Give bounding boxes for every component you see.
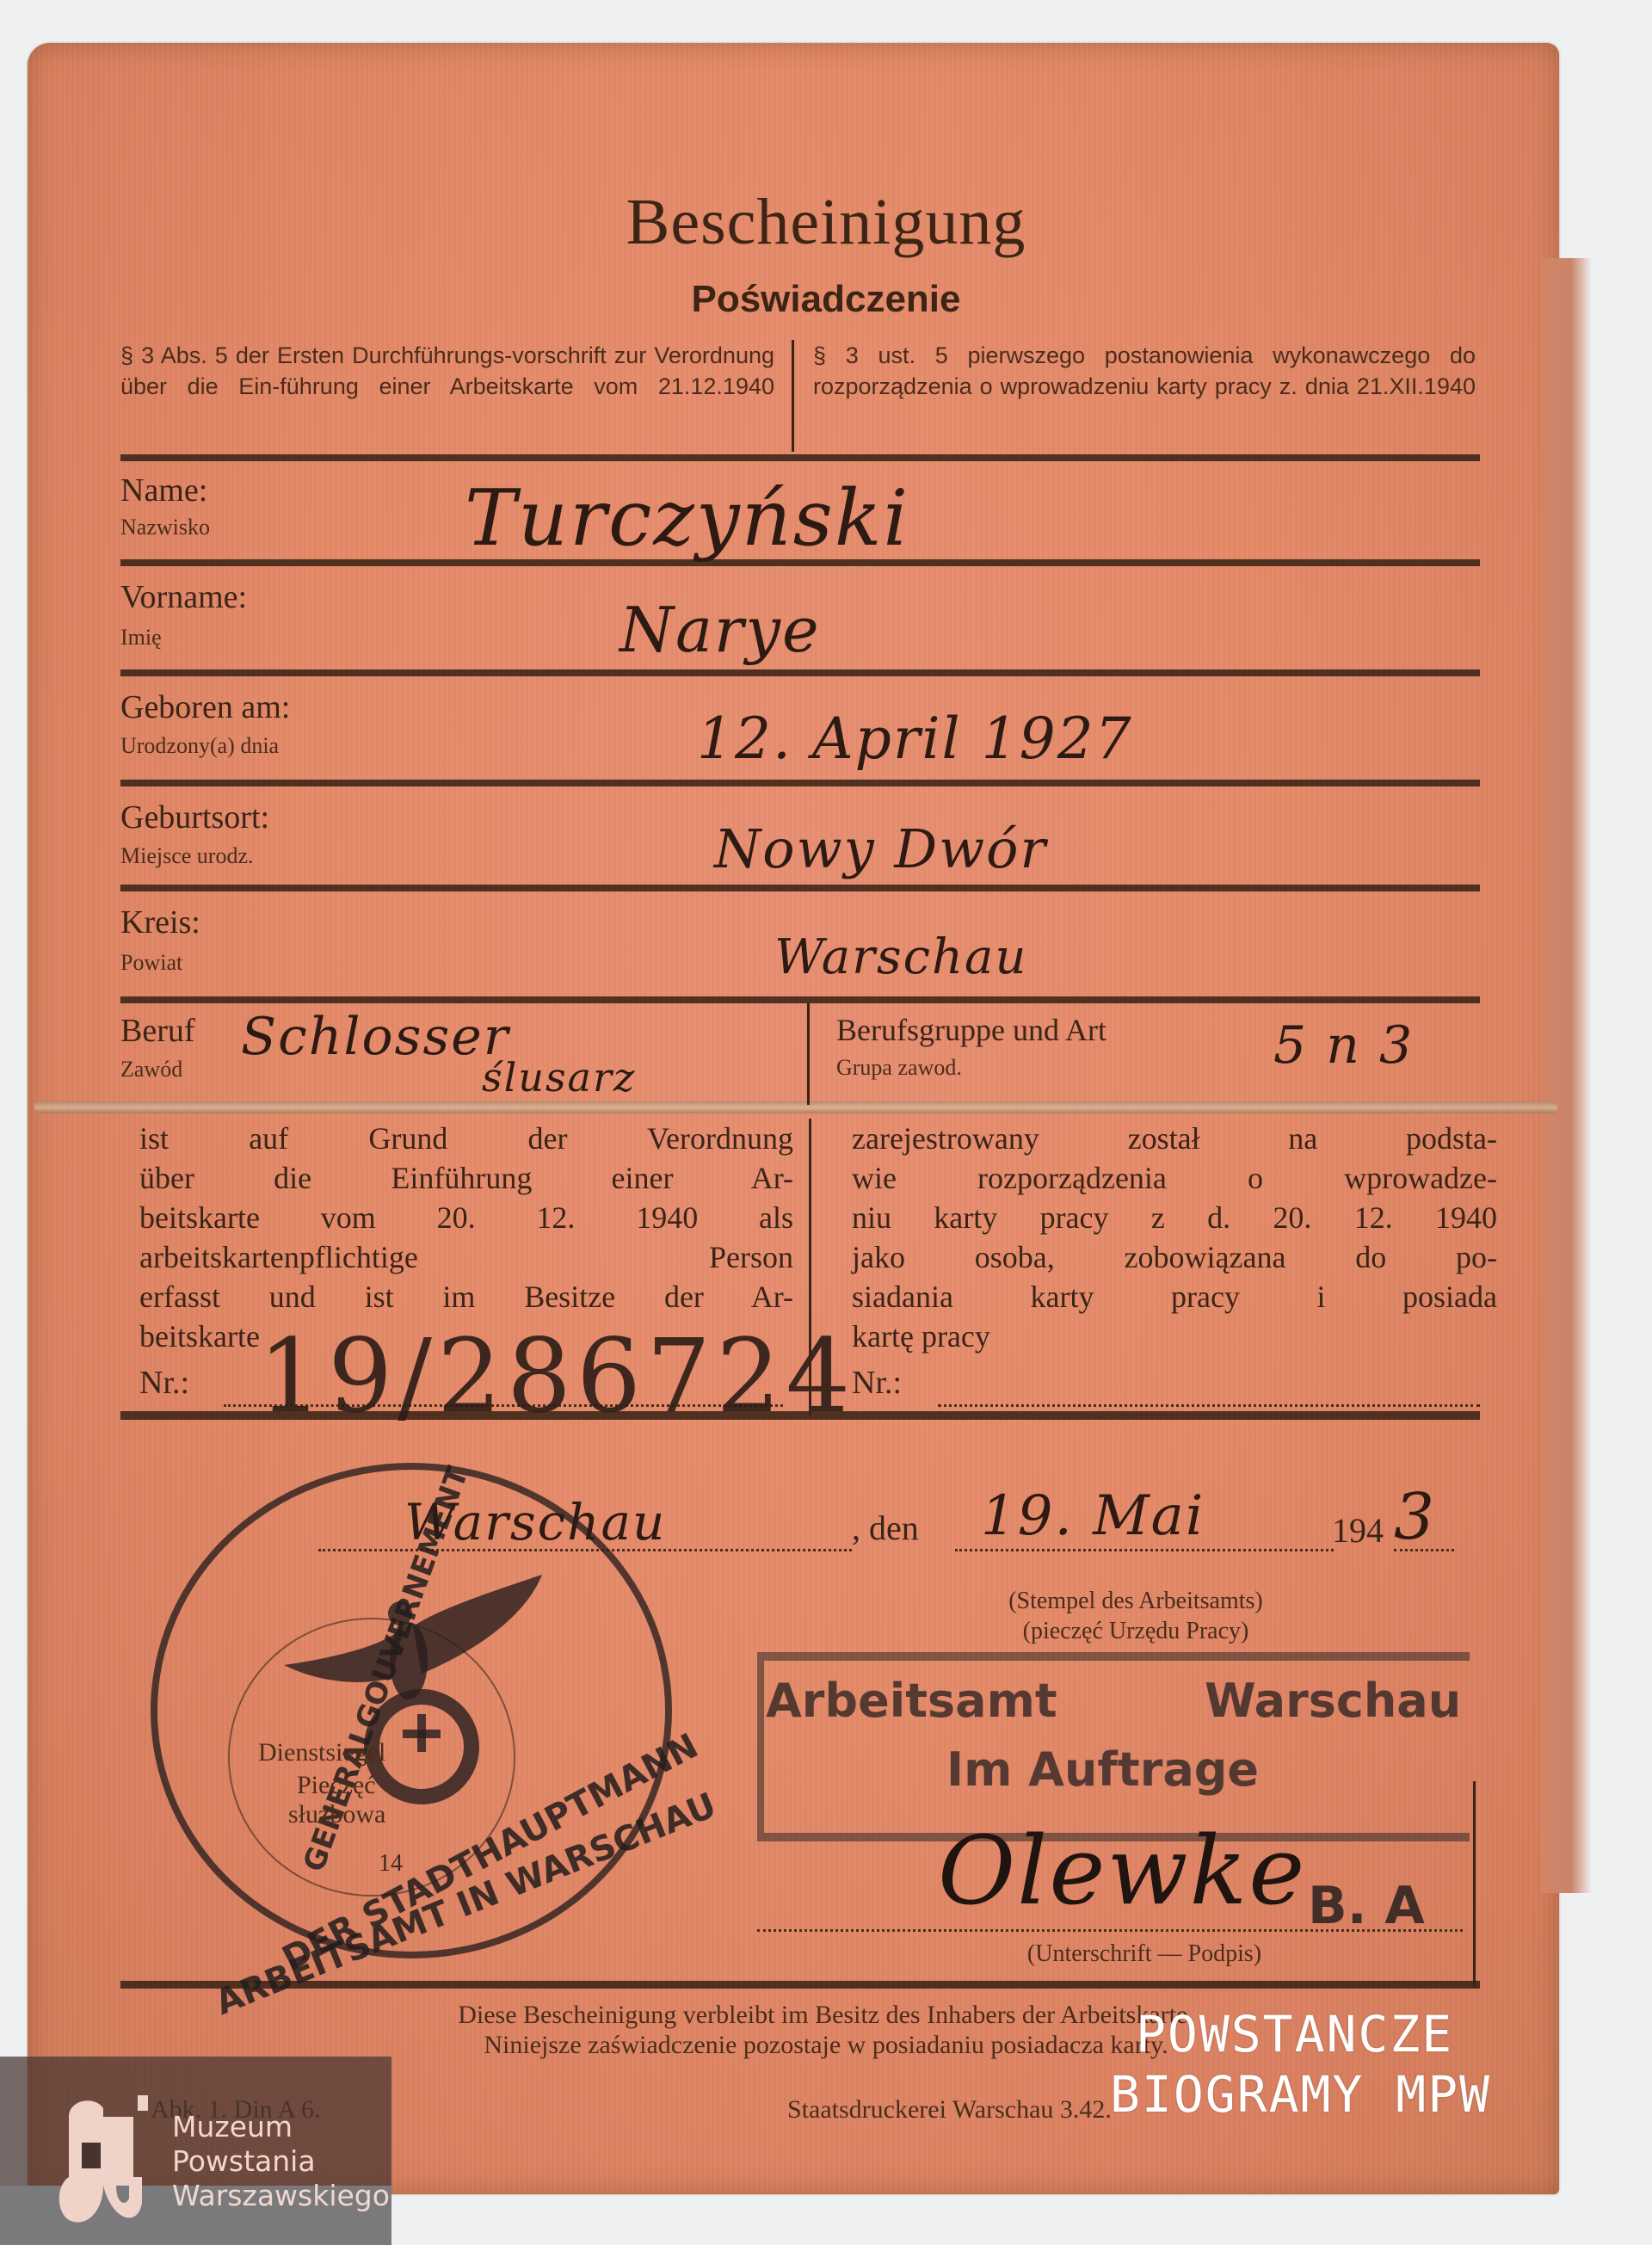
- stamp-inner-text-3: służbowa: [288, 1800, 385, 1829]
- museum-name-1: Muzeum: [172, 2110, 293, 2144]
- stamp-caption-de: (Stempel des Arbeitsamts): [895, 1588, 1377, 1615]
- declaration-de-line: beitskarte vom 20. 12. 1940 als: [139, 1198, 793, 1237]
- nr-dotted-line-pl: [938, 1404, 1480, 1407]
- vorname-label-pl: Imię: [120, 625, 162, 651]
- declaration-pl-line: wie rozporządzenia o wprowadze-: [852, 1158, 1497, 1198]
- beruf-label: Beruf: [120, 1012, 195, 1050]
- declaration-de-line: ist auf Grund der Verordnung: [139, 1119, 793, 1158]
- geboren-label: Geboren am:: [120, 688, 290, 726]
- watermark-line2: BIOGRAMY MPW: [1110, 2065, 1491, 2124]
- stamp-number: 14: [379, 1850, 403, 1878]
- legal-reference-pl: § 3 ust. 5 pierwszego postanowienia wyko…: [813, 340, 1476, 402]
- vorname-value: Narye: [619, 594, 821, 666]
- issue-date: 19. Mai: [981, 1484, 1205, 1548]
- berufsgruppe-label-pl: Grupa zawod.: [836, 1055, 962, 1081]
- printer-imprint: Staatsdruckerei Warschau 3.42.: [787, 2095, 1112, 2125]
- stamp-caption-pl: (pieczęć Urzędu Pracy): [895, 1618, 1377, 1645]
- beruf-value: Schlosser: [241, 1007, 509, 1067]
- box-stamp-line2: Im Auftrage: [946, 1742, 1259, 1797]
- box-stamp-line1-left: Arbeitsamt: [766, 1674, 1057, 1728]
- name-label-pl: Nazwisko: [120, 515, 210, 540]
- signature-divider: [1473, 1781, 1476, 1988]
- kreis-label: Kreis:: [120, 904, 200, 941]
- stamp-inner-text-2: Pieczęć: [297, 1771, 376, 1800]
- name-value: Turczyński: [465, 473, 909, 564]
- box-stamp-line1-right: Warschau: [1205, 1674, 1461, 1728]
- date-dotted-line: [955, 1549, 1334, 1551]
- geboren-value: 12. April 1927: [697, 706, 1133, 772]
- berufsgruppe-label: Berufsgruppe und Art: [836, 1012, 1106, 1048]
- declaration-pl-line: zarejestrowany został na podsta-: [852, 1119, 1497, 1158]
- museum-name-3: Warszawskiego: [172, 2179, 390, 2213]
- beruf-label-pl: Zawód: [120, 1057, 182, 1082]
- year-suffix: 3: [1394, 1480, 1436, 1554]
- signature-caption: (Unterschrift — Podpis): [946, 1940, 1342, 1968]
- rule: [120, 669, 1480, 676]
- rule: [120, 780, 1480, 786]
- rule: [120, 996, 1480, 1003]
- declaration-de-line: erfasst und ist im Besitze der Ar-: [139, 1277, 793, 1317]
- geboren-label-pl: Urodzony(a) dnia: [120, 733, 279, 759]
- name-label: Name:: [120, 472, 207, 509]
- document-subtitle: Poświadczenie: [0, 278, 1652, 321]
- declaration-divider: [809, 1119, 811, 1415]
- legal-reference-de: § 3 Abs. 5 der Ersten Durchführungs-vors…: [120, 340, 774, 402]
- museum-name-2: Powstania: [172, 2144, 316, 2179]
- paper-torn-edge: [1540, 258, 1592, 1893]
- watermark-line1: POWSTANCZE: [1136, 2005, 1453, 2063]
- nr-label-pl: Nr.:: [852, 1364, 902, 1402]
- geburtsort-label: Geburtsort:: [120, 799, 269, 836]
- kreis-label-pl: Powiat: [120, 950, 182, 976]
- declaration-pl: zarejestrowany został na podsta- wie roz…: [852, 1119, 1497, 1356]
- den-label: , den: [852, 1508, 919, 1548]
- signature-dotted-line: [757, 1929, 1463, 1932]
- berufsgruppe-value: 5 n 3: [1273, 1015, 1414, 1076]
- declaration-pl-line: niu karty pracy z d. 20. 12. 1940: [852, 1198, 1497, 1237]
- signature-suffix: B. A: [1308, 1876, 1425, 1936]
- card-number: 19/286724: [258, 1317, 855, 1435]
- museum-anchor-logo-icon: [52, 2091, 155, 2237]
- declaration-de-line: über die Einführung einer Ar-: [139, 1158, 793, 1198]
- year-prefix: 194: [1332, 1510, 1384, 1551]
- geburtsort-value: Nowy Dwór: [714, 817, 1047, 880]
- nr-label-de: Nr.:: [139, 1364, 189, 1402]
- year-dotted-line: [1394, 1549, 1454, 1551]
- declaration-pl-line: siadania karty pracy i posiada: [852, 1277, 1497, 1317]
- geburtsort-label-pl: Miejsce urodz.: [120, 843, 254, 869]
- vorname-label: Vorname:: [120, 578, 247, 616]
- beruf-value-pl: ślusarz: [482, 1054, 636, 1101]
- rule: [120, 885, 1480, 891]
- rule: [120, 454, 1480, 461]
- beruf-divider: [807, 1003, 810, 1105]
- paper-fold-tear: [34, 1101, 1557, 1113]
- document-title: Bescheinigung: [0, 185, 1652, 260]
- stamp-inner-text-1: Dienstsiegel: [258, 1738, 385, 1767]
- declaration-pl-line: kartę pracy: [852, 1317, 1497, 1356]
- signature: Olewke: [938, 1816, 1306, 1926]
- declaration-pl-line: jako osoba, zobowiązana do po-: [852, 1237, 1497, 1277]
- header-divider: [792, 340, 794, 452]
- kreis-value: Warschau: [774, 929, 1027, 985]
- declaration-de-line: arbeitskartenpflichtige Person: [139, 1237, 793, 1277]
